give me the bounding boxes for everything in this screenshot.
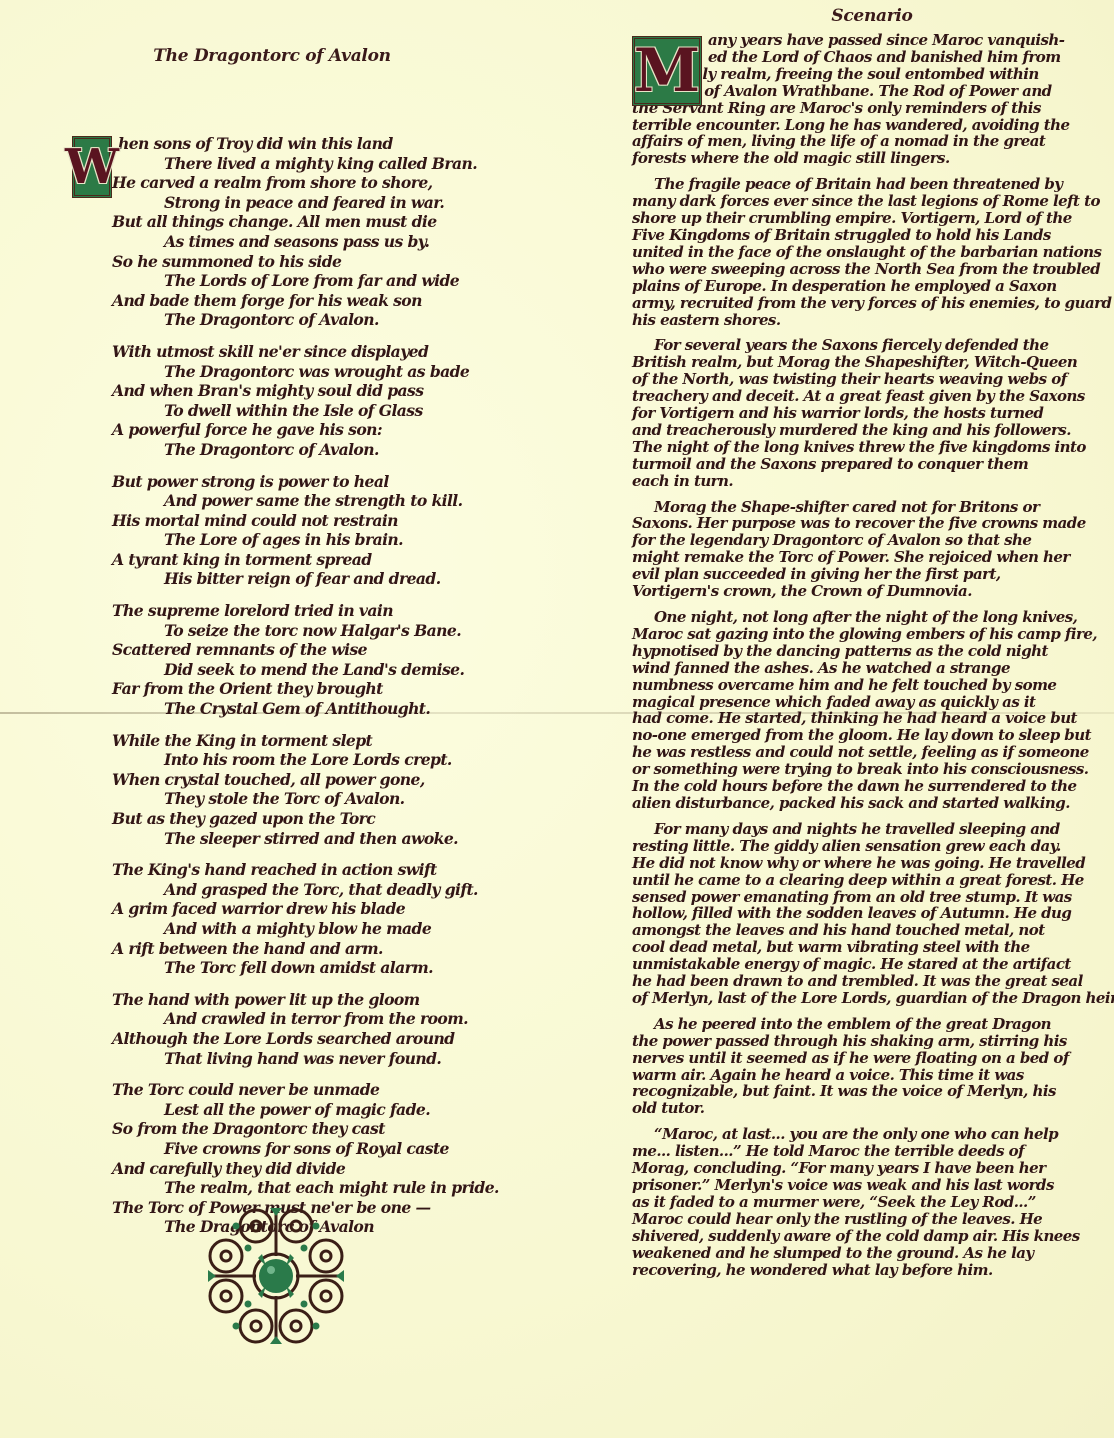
poem-stanza: The supreme lorelord tried in vainTo sei… — [72, 601, 502, 719]
scenario-line: As he peered into the emblem of the grea… — [632, 1016, 1072, 1033]
scenario-line: who were sweeping across the North Sea f… — [632, 261, 1072, 278]
poem-line: The hand with power lit up the gloom — [112, 990, 502, 1010]
poem-line: And crawled in terror from the room. — [112, 1009, 502, 1029]
poem-line: Lest all the power of magic fade. — [112, 1100, 502, 1120]
poem: W hen sons of Troy did win this landTher… — [72, 112, 502, 1237]
illuminated-dropcap-m: M — [632, 36, 702, 106]
poem-line: Five crowns for sons of Royal caste — [112, 1139, 502, 1159]
poem-line: A tyrant king in torment spread — [112, 550, 502, 570]
poem-line: A rift between the hand and arm. — [112, 939, 502, 959]
poem-line: The Dragontorc of Avalon. — [112, 440, 502, 460]
scenario-line: as it faded to a murmer were, “Seek the … — [632, 1194, 1072, 1211]
scenario-line: cool dead metal, but warm vibrating stee… — [632, 939, 1072, 956]
poem-line: And power same the strength to kill. — [112, 491, 502, 511]
scenario-line: For several years the Saxons fiercely de… — [632, 337, 1072, 354]
celtic-knot-ornament-icon — [196, 1196, 356, 1356]
poem-line: But as they gazed upon the Torc — [112, 809, 502, 829]
scenario-paragraph: Morag the Shape-shifter cared not for Br… — [632, 499, 1072, 600]
scenario-line: forests where the old magic still linger… — [632, 150, 1072, 167]
scenario-line: or something were trying to break into h… — [632, 761, 1072, 778]
scenario-line: old tutor. — [632, 1100, 1072, 1117]
scenario-line: the power passed through his shaking arm… — [632, 1033, 1072, 1050]
poem-line: And when Bran's mighty soul did pass — [112, 381, 502, 401]
scenario-line: He did not know why or where he was goin… — [632, 855, 1072, 872]
scenario-line: me... listen...” He told Maroc the terri… — [632, 1143, 1072, 1160]
scenario-line: he was restless and could not settle, fe… — [632, 744, 1072, 761]
scenario-line: amongst the leaves and his hand touched … — [632, 922, 1072, 939]
scenario-line: wind fanned the ashes. As he watched a s… — [632, 660, 1072, 677]
scenario-line: each in turn. — [632, 473, 1072, 490]
scenario-line: affairs of men, living the life of a nom… — [632, 133, 1072, 150]
scenario-line: many dark forces ever since the last leg… — [632, 193, 1072, 210]
scenario-line: In the cold hours before the dawn he sur… — [632, 778, 1072, 795]
scenario-line: warm air. Again he heard a voice. This t… — [632, 1067, 1072, 1084]
poem-line: With utmost skill ne'er since displayed — [112, 342, 502, 362]
scenario-line: British realm, but Morag the Shapeshifte… — [632, 354, 1072, 371]
scenario-line: resting little. The giddy alien sensatio… — [632, 838, 1072, 855]
poem-stanza: hen sons of Troy did win this landThere … — [72, 112, 502, 330]
scenario-line: Morag, concluding. “For many years I hav… — [632, 1160, 1072, 1177]
poem-line: A powerful force he gave his son: — [112, 420, 502, 440]
scenario-line: Maroc sat gazing into the glowing embers… — [632, 626, 1072, 643]
poem-line: But power strong is power to heal — [112, 472, 502, 492]
scenario-paragraph: One night, not long after the night of t… — [632, 609, 1072, 812]
poem-line: Did seek to mend the Land's demise. — [112, 660, 502, 680]
poem-line: While the King in torment slept — [112, 731, 502, 751]
scenario-line: he had been drawn to and trembled. It wa… — [632, 973, 1072, 990]
scenario-line: his eastern shores. — [632, 312, 1072, 329]
scenario-line: Saxons. Her purpose was to recover the f… — [632, 515, 1072, 532]
scenario-line: recognizable, but faint. It was the voic… — [632, 1083, 1072, 1100]
scenario-line: shore up their crumbling empire. Vortige… — [632, 210, 1072, 227]
scenario-line: weakened and he slumped to the ground. A… — [632, 1245, 1072, 1262]
poem-stanza: The hand with power lit up the gloomAnd … — [72, 990, 502, 1068]
scenario-paragraph: As he peered into the emblem of the grea… — [632, 1016, 1072, 1117]
scenario-line: had come. He started, thinking he had he… — [632, 710, 1072, 727]
poem-line: To dwell within the Isle of Glass — [112, 401, 502, 421]
poem-line: To seize the torc now Halgar's Bane. — [112, 621, 502, 641]
scenario-paragraphs: any years have passed since Maroc vanqui… — [632, 32, 1072, 1278]
poem-stanza: The King's hand reached in action swiftA… — [72, 860, 502, 978]
poem-line: That living hand was never found. — [112, 1049, 502, 1069]
poem-line: They stole the Torc of Avalon. — [112, 789, 502, 809]
poem-stanza: While the King in torment sleptInto his … — [72, 731, 502, 849]
poem-line: Far from the Orient they brought — [112, 679, 502, 699]
scenario-column: Scenario M any years have passed since M… — [632, 4, 1072, 1287]
scenario-paragraph: “Maroc, at last... you are the only one … — [632, 1126, 1072, 1278]
scenario-line: no-one emerged from the gloom. He lay do… — [632, 727, 1072, 744]
scenario-text: M any years have passed since Maroc vanq… — [632, 32, 1072, 1278]
poem-line: The Lords of Lore from far and wide — [112, 271, 502, 291]
poem-line: A grim faced warrior drew his blade — [112, 899, 502, 919]
poem-line: When crystal touched, all power gone, — [112, 770, 502, 790]
poem-line: His bitter reign of fear and dread. — [112, 569, 502, 589]
poem-title: The Dragontorc of Avalon — [72, 40, 472, 66]
scenario-line: nerves until it seemed as if he were flo… — [632, 1050, 1072, 1067]
poem-line: The supreme lorelord tried in vain — [112, 601, 502, 621]
scenario-line: might remake the Torc of Power. She rejo… — [632, 549, 1072, 566]
poem-line: And bade them forge for his weak son — [112, 291, 502, 311]
poem-line: His mortal mind could not restrain — [112, 511, 502, 531]
poem-line: The Lore of ages in his brain. — [112, 530, 502, 550]
scenario-line: The night of the long knives threw the f… — [632, 439, 1072, 456]
poem-line: hen sons of Troy did win this land — [112, 134, 502, 154]
scenario-line: Morag the Shape-shifter cared not for Br… — [632, 499, 1072, 516]
poem-column: The Dragontorc of Avalon W hen sons of T… — [72, 40, 502, 1249]
poem-line: The Dragontorc of Avalon. — [112, 310, 502, 330]
scenario-line: unmistakable energy of magic. He stared … — [632, 956, 1072, 973]
scenario-line: The fragile peace of Britain had been th… — [632, 176, 1072, 193]
scenario-line: for the legendary Dragontorc of Avalon s… — [632, 532, 1072, 549]
poem-line: There lived a mighty king called Bran. — [112, 154, 502, 174]
scenario-paragraph: For several years the Saxons fiercely de… — [632, 337, 1072, 489]
scenario-line: “Maroc, at last... you are the only one … — [632, 1126, 1072, 1143]
poem-line: The realm, that each might rule in pride… — [112, 1178, 502, 1198]
poem-line: So he summoned to his side — [112, 252, 502, 272]
poem-line: The Dragontorc was wrought as bade — [112, 362, 502, 382]
poem-line: The sleeper stirred and then awoke. — [112, 829, 502, 849]
scenario-line: shivered, suddenly aware of the cold dam… — [632, 1228, 1072, 1245]
scenario-paragraph: The fragile peace of Britain had been th… — [632, 176, 1072, 328]
scenario-line: turmoil and the Saxons prepared to conqu… — [632, 456, 1072, 473]
poem-stanza: But power strong is power to healAnd pow… — [72, 472, 502, 590]
scenario-line: recovering, he wondered what lay before … — [632, 1262, 1072, 1279]
poem-line: Although the Lore Lords searched around — [112, 1029, 502, 1049]
poem-line: And grasped the Torc, that deadly gift. — [112, 880, 502, 900]
poem-line: The Crystal Gem of Antithought. — [112, 699, 502, 719]
scenario-line: Vortigern's crown, the Crown of Dumnovia… — [632, 583, 1072, 600]
scenario-line: for Vortigern and his warrior lords, the… — [632, 405, 1072, 422]
poem-line: So from the Dragontorc they cast — [112, 1119, 502, 1139]
poem-line: As times and seasons pass us by. — [112, 232, 502, 252]
scenario-line: One night, not long after the night of t… — [632, 609, 1072, 626]
scenario-line: army, recruited from the very forces of … — [632, 295, 1072, 312]
scenario-line: united in the face of the onslaught of t… — [632, 244, 1072, 261]
poem-line: And carefully they did divide — [112, 1159, 502, 1179]
poem-line: And with a mighty blow he made — [112, 919, 502, 939]
poem-stanza: With utmost skill ne'er since displayedT… — [72, 342, 502, 460]
scenario-line: evil plan succeeded in giving her the fi… — [632, 566, 1072, 583]
scenario-line: Five Kingdoms of Britain struggled to ho… — [632, 227, 1072, 244]
poem-line: Strong in peace and feared in war. — [112, 193, 502, 213]
scenario-line: Maroc could hear only the rustling of th… — [632, 1211, 1072, 1228]
poem-line: But all things change. All men must die — [112, 212, 502, 232]
scenario-paragraph: For many days and nights he travelled sl… — [632, 821, 1072, 1007]
scenario-line: hollow, filled with the sodden leaves of… — [632, 905, 1072, 922]
scenario-line: of Merlyn, last of the Lore Lords, guard… — [632, 990, 1072, 1007]
scenario-line: numbness overcame him and he felt touche… — [632, 677, 1072, 694]
scenario-line: sensed power emanating from an old tree … — [632, 889, 1072, 906]
poem-line: Scattered remnants of the wise — [112, 640, 502, 660]
poem-line: The Torc fell down amidst alarm. — [112, 958, 502, 978]
poem-line: The King's hand reached in action swift — [112, 860, 502, 880]
scenario-line: treachery and deceit. At a great feast g… — [632, 388, 1072, 405]
scenario-line: prisoner.” Merlyn's voice was weak and h… — [632, 1177, 1072, 1194]
scenario-line: alien disturbance, packed his sack and s… — [632, 795, 1072, 812]
poem-line: Into his room the Lore Lords crept. — [112, 750, 502, 770]
poem-line: He carved a realm from shore to shore, — [112, 173, 502, 193]
scenario-line: of the North, was twisting their hearts … — [632, 371, 1072, 388]
poem-line: The Torc could never be unmade — [112, 1080, 502, 1100]
scenario-line: hypnotised by the dancing patterns as th… — [632, 643, 1072, 660]
scenario-title: Scenario — [672, 4, 1072, 26]
poem-stanzas: hen sons of Troy did win this landThere … — [72, 112, 502, 1237]
scenario-line: magical presence which faded away as qui… — [632, 694, 1072, 711]
scenario-line: until he came to a clearing deep within … — [632, 872, 1072, 889]
scenario-line: For many days and nights he travelled sl… — [632, 821, 1072, 838]
illuminated-dropcap-w: W — [72, 136, 112, 198]
scenario-line: and treacherously murdered the king and … — [632, 422, 1072, 439]
scenario-line: plains of Europe. In desperation he empl… — [632, 278, 1072, 295]
scenario-line: terrible encounter. Long he has wandered… — [632, 117, 1072, 134]
